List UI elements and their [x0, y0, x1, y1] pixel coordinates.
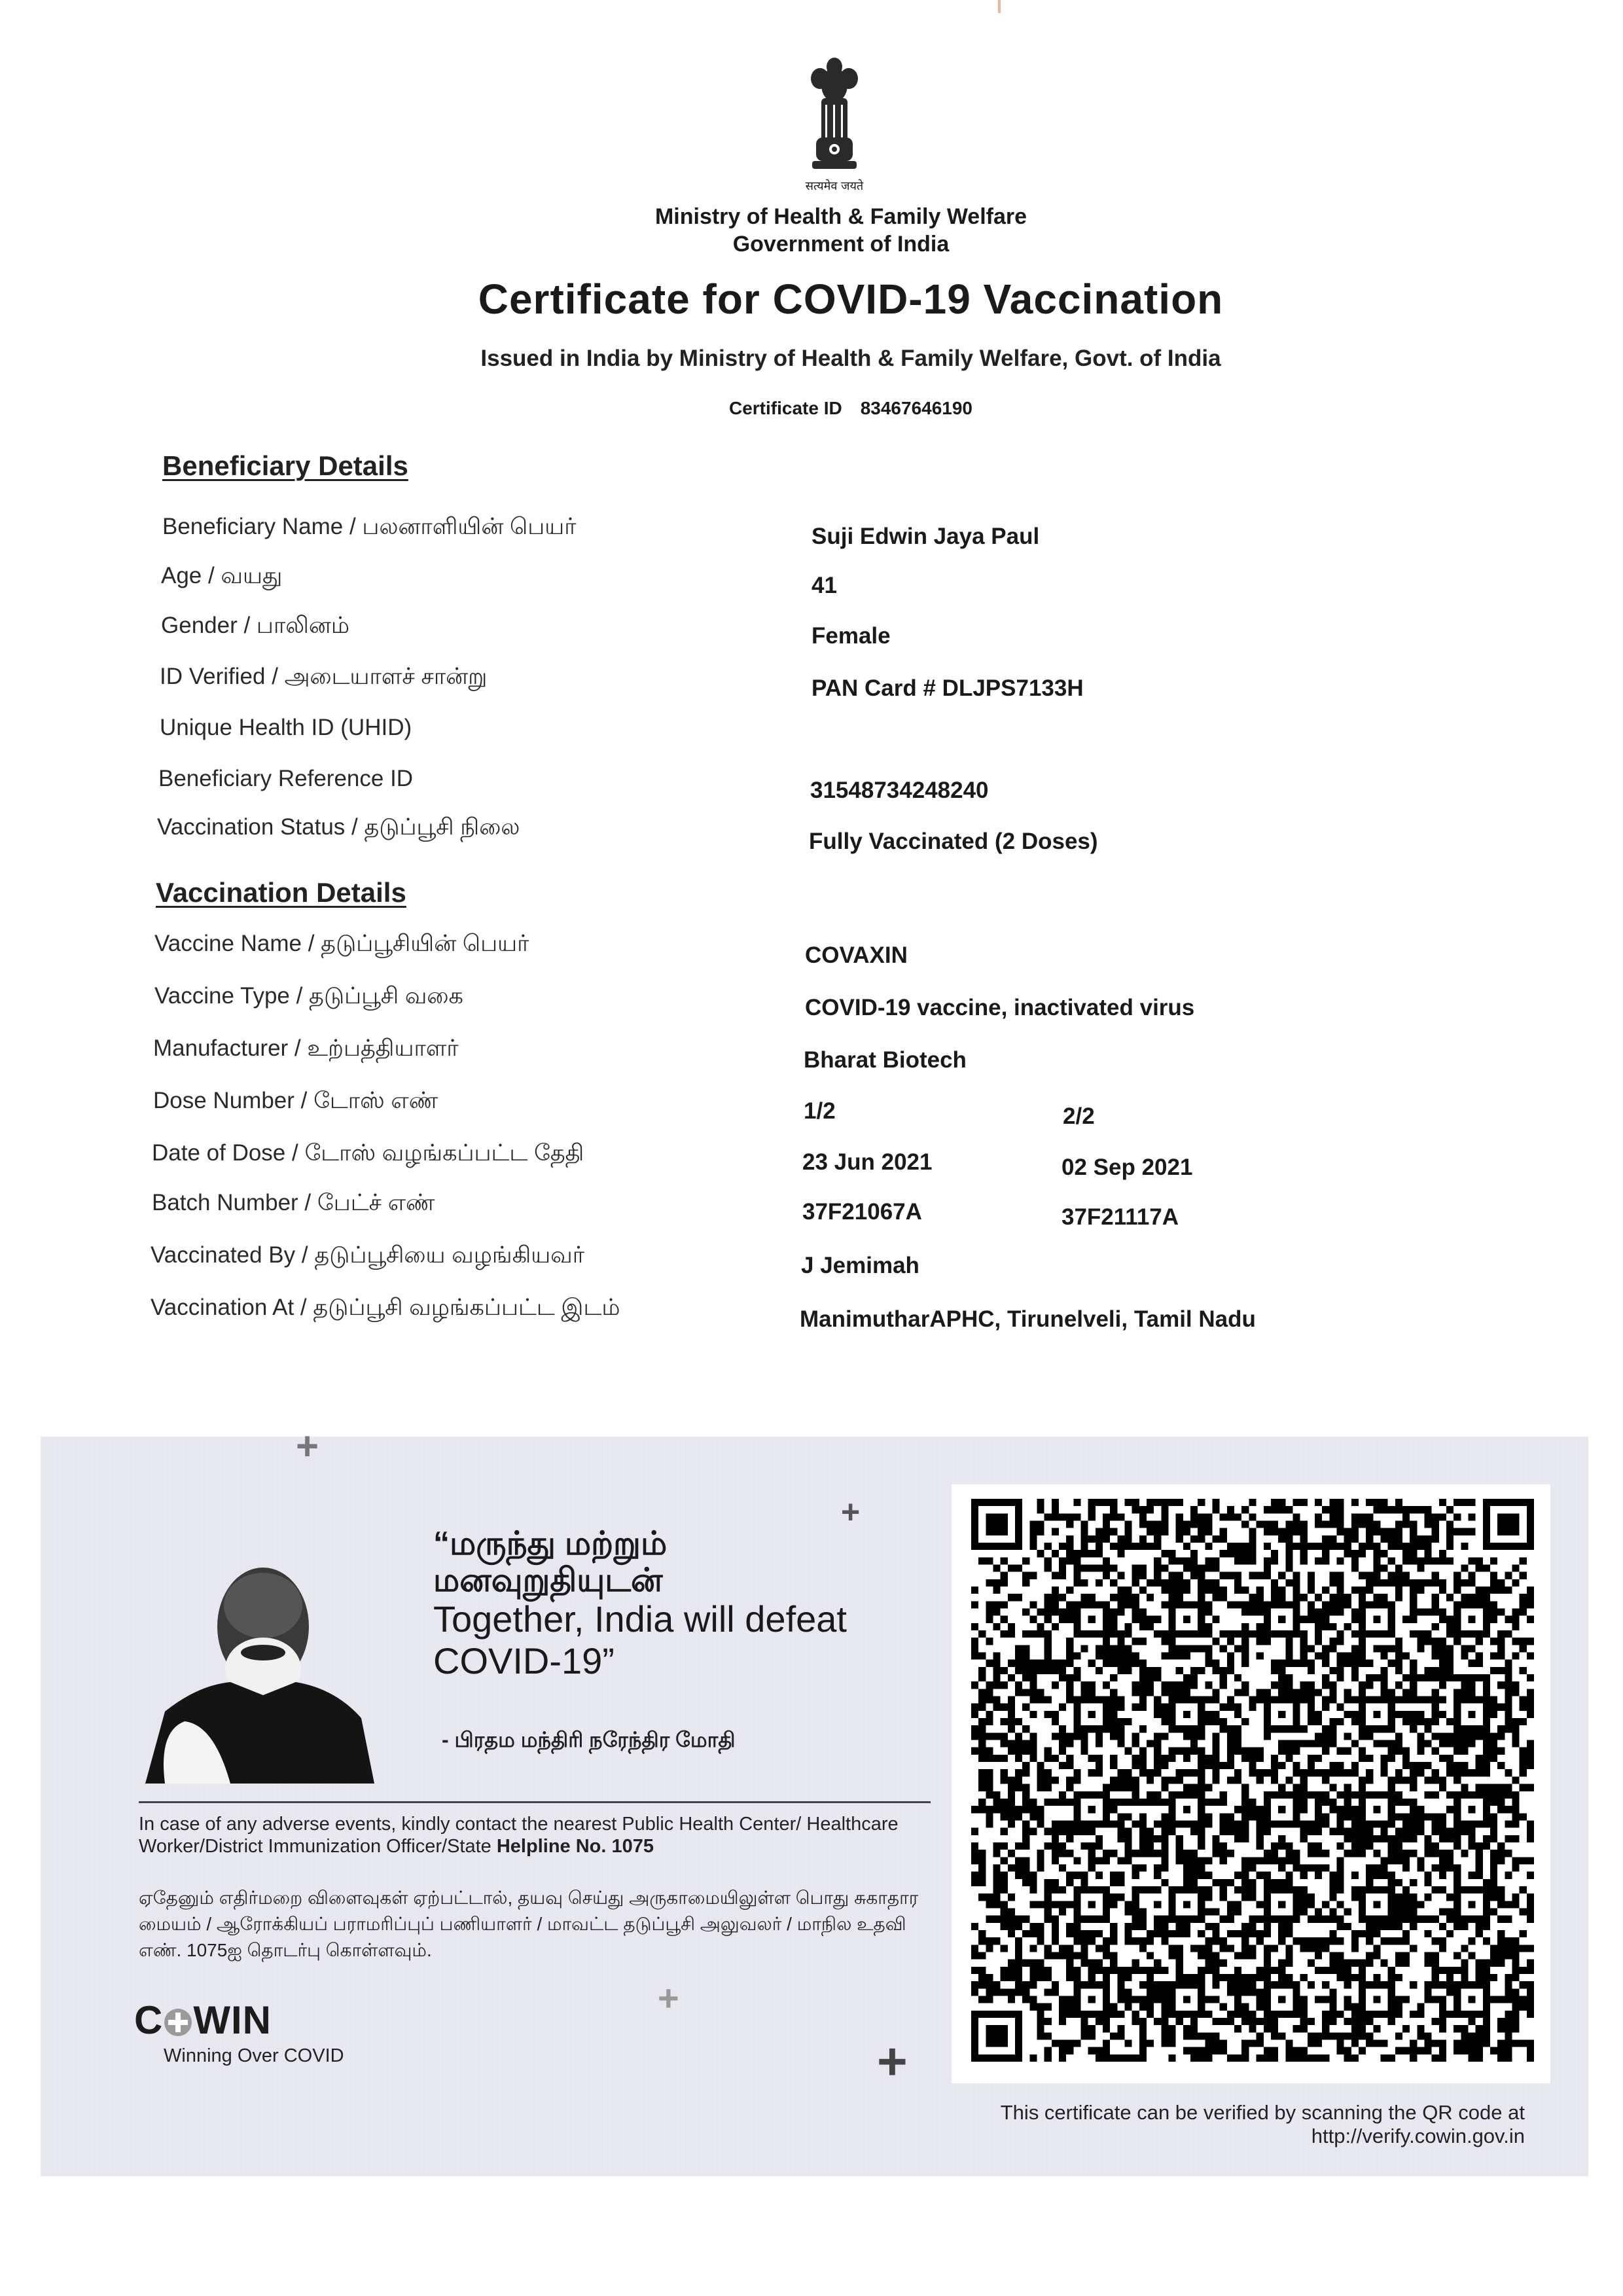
national-emblem-icon [802, 52, 867, 183]
qr-code-icon[interactable] [971, 1499, 1534, 2062]
batch-number-2: 37F21117A [1061, 1204, 1179, 1230]
field-label: ID Verified / அடையாளச் சான்று [160, 664, 487, 692]
plus-decoration-icon: + [841, 1496, 860, 1528]
certificate-id: Certificate ID83467646190 [393, 398, 1309, 419]
id-verified-value: PAN Card # DLJPS7133H [811, 675, 1084, 702]
quote-tamil-line: “மருந்து மற்றும் [433, 1525, 931, 1562]
field-label: Unique Health ID (UHID) [160, 715, 412, 741]
field-label: Age / வயது [161, 563, 282, 592]
helpline-number: Helpline No. 1075 [497, 1836, 654, 1857]
page-title: Certificate for COVID-19 Vaccination [393, 275, 1309, 323]
adverse-events-notice-tamil: ஏதேனும் எதிர்மறை விளைவுகள் ஏற்பட்டால், த… [139, 1885, 931, 1964]
field-label: Vaccination Status / தடுப்பூசி நிலை [157, 814, 520, 843]
quote-english: Together, India will defeat COVID-19” [433, 1598, 847, 1681]
certificate-id-label: Certificate ID [729, 398, 842, 418]
quote-author: - பிரதம மந்திரி நரேந்திர மோதி [442, 1728, 736, 1755]
field-label: Manufacturer / உற்பத்தியாளர் [153, 1035, 459, 1064]
cowin-logo: CWIN [134, 1998, 272, 2043]
adverse-events-notice: In case of any adverse events, kindly co… [139, 1813, 931, 1857]
field-label: Vaccine Name / தடுப்பூசியின் பெயர் [154, 931, 529, 960]
field-label: Batch Number / பேட்ச் எண் [152, 1190, 435, 1219]
reference-id-value: 31548734248240 [810, 778, 989, 804]
cowin-tagline: Winning Over COVID [164, 2045, 344, 2067]
vaccinated-by-value: J Jemimah [801, 1253, 919, 1279]
prime-minister-photo [139, 1554, 381, 1784]
dose-date-1: 23 Jun 2021 [802, 1149, 932, 1175]
field-label: Beneficiary Reference ID [158, 766, 413, 792]
plus-decoration-icon: + [877, 2036, 908, 2088]
medical-cross-icon [164, 2009, 192, 2036]
issued-by: Issued in India by Ministry of Health & … [393, 346, 1309, 372]
field-label: Date of Dose / டோஸ் வழங்கப்பட்ட தேதி [152, 1140, 584, 1169]
quote-tamil-line: மனவுறுதியுடன் [433, 1562, 931, 1598]
ministry-heading: Ministry of Health & Family Welfare Gove… [589, 203, 1093, 258]
plus-decoration-icon: + [296, 1427, 319, 1466]
vaccine-type-value: COVID-19 vaccine, inactivated virus [805, 995, 1194, 1021]
verify-note: This certificate can be verified by scan… [969, 2101, 1525, 2148]
field-label: Vaccine Type / தடுப்பூசி வகை [154, 983, 463, 1012]
vaccine-name-value: COVAXIN [805, 942, 908, 969]
vaccination-status-value: Fully Vaccinated (2 Doses) [809, 829, 1098, 855]
field-label: Vaccinated By / தடுப்பூசியை வழங்கியவர் [151, 1242, 584, 1271]
gender-value: Female [811, 623, 891, 649]
field-label: Dose Number / டோஸ் எண் [153, 1088, 438, 1117]
age-value: 41 [811, 573, 837, 599]
field-label: Gender / பாலினம் [161, 613, 349, 641]
beneficiary-name: Suji Edwin Jaya Paul [811, 524, 1039, 550]
field-label: Beneficiary Name / பலனாளியின் பெயர் [162, 514, 577, 543]
cowin-logo-text: WIN [193, 1998, 272, 2042]
scan-mark [998, 0, 1001, 13]
dose-number-1: 1/2 [804, 1098, 836, 1124]
verify-text: This certificate can be verified by scan… [969, 2101, 1525, 2125]
cowin-logo-c: C [134, 1998, 163, 2042]
dose-number-2: 2/2 [1063, 1103, 1095, 1130]
certificate-id-value: 83467646190 [861, 398, 972, 418]
motto: सत्यमेव जयते [753, 178, 916, 194]
ministry-line: Ministry of Health & Family Welfare [589, 203, 1093, 230]
quote: “மருந்து மற்றும் மனவுறுதியுடன் Together,… [433, 1525, 931, 1682]
divider [139, 1801, 931, 1803]
plus-decoration-icon: + [658, 1980, 679, 2017]
vaccination-at-value: ManimutharAPHC, Tirunelveli, Tamil Nadu [800, 1306, 1256, 1333]
manufacturer-value: Bharat Biotech [804, 1047, 967, 1073]
dose-date-2: 02 Sep 2021 [1061, 1155, 1192, 1181]
government-line: Government of India [589, 230, 1093, 258]
vaccination-section-title: Vaccination Details [156, 877, 406, 908]
beneficiary-section-title: Beneficiary Details [162, 450, 408, 482]
verify-url[interactable]: http://verify.cowin.gov.in [969, 2125, 1525, 2148]
field-label: Vaccination At / தடுப்பூசி வழங்கப்பட்ட இ… [151, 1295, 620, 1323]
batch-number-1: 37F21067A [802, 1199, 922, 1225]
